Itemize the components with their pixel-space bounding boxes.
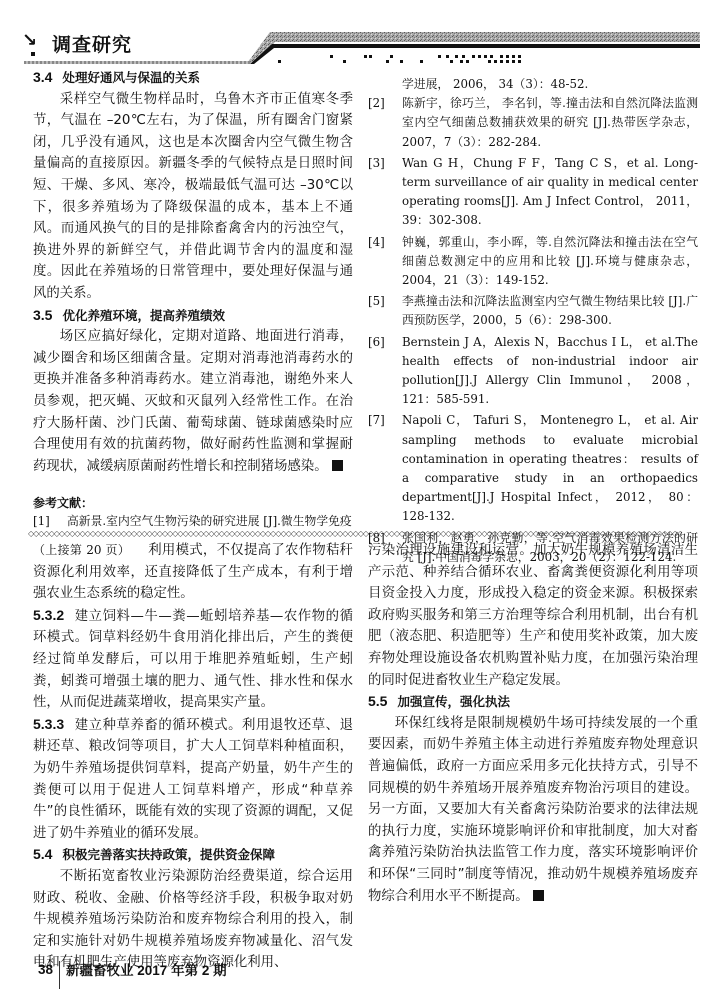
top-left-column: 3.4处理好通风与保温的关系 采样空气微生物样品时，乌鲁木齐市正值寒冬季节，气温…	[33, 67, 353, 477]
continued-paragraph: 污染治理设施建设和运营。加大奶牛规模养殖场清洁生产示范、种养结合循环农业、畜禽粪…	[368, 540, 698, 691]
reference-number: [5]	[368, 292, 402, 330]
reference-number: [7]	[368, 411, 402, 526]
paragraph-text: 建立饲料—牛—粪—蚯蚓培养基—农作物的循环模式。饲草料经奶牛食用消化排出后，产生…	[33, 609, 353, 710]
reference-text: 陈新宇，徐巧兰， 李名钊，等.撞击法和自然沉降法监测室内空气细菌总数捕获效果的研…	[402, 94, 698, 152]
references-list-right: 学进展， 2006， 34（3）：48-52. [2] 陈新宇，徐巧兰， 李名钊…	[368, 75, 698, 569]
reference-item: [6] Bernstein J A，Alexis N，Bacchus I L， …	[368, 333, 698, 410]
paragraph-text: 环保红线将是限制规模奶牛场可持续发展的一个重要因素，而奶牛养殖主体主动进行养殖废…	[368, 716, 698, 904]
continued-from-tag: （上接第 20 页）	[33, 543, 130, 557]
references-heading: 参考文献：	[33, 494, 93, 511]
page-number: 38	[38, 962, 53, 977]
bottom-left-column: （上接第 20 页） 利用模式，不仅提高了农作物秸秆资源化利用效率，还直接降低了…	[33, 540, 353, 974]
section-heading-5-5: 5.5加强宣传，强化执法	[368, 691, 698, 713]
references-list-left: [1] 高新景.室内空气生物污染的研究进展 [J].微生物学免疫	[33, 512, 353, 533]
section-heading-3-4: 3.4处理好通风与保温的关系	[33, 67, 353, 89]
reference-continuation: 学进展， 2006， 34（3）：48-52.	[368, 75, 698, 94]
page-footer: 38 新疆畜牧业 2017 年第 2 期	[38, 955, 227, 983]
section-title: 优化养殖环境，提高养殖绩效	[62, 308, 225, 323]
reference-text: Wan G H，Chung F F，Tang C S，et al. Long-t…	[402, 154, 698, 231]
reference-item: [3] Wan G H，Chung F F，Tang C S，et al. Lo…	[368, 154, 698, 231]
bottom-right-column: 污染治理设施建设和运营。加大奶牛规模养殖场清洁生产示范、种养结合循环农业、畜禽粪…	[368, 540, 698, 907]
reference-item: [4] 钟巍，郭重山，李小晖，等.自然沉降法和撞击法在空气细菌总数测定中的应用和…	[368, 233, 698, 291]
section-title: 处理好通风与保温的关系	[62, 70, 200, 85]
section-heading-5-4: 5.4积极完善落实扶持政策，提供资金保障	[33, 844, 353, 866]
arrow-icon: ↘	[22, 32, 37, 50]
reference-text: Napoli C， Tafuri S， Montenegro L， et al.…	[402, 411, 698, 526]
section-label: 调查研究	[52, 30, 132, 57]
paragraph-text: 场区应搞好绿化，定期对道路、地面进行消毒，减少圈舍和场区细菌含量。定期对消毒池消…	[33, 329, 353, 474]
reference-text: 高新景.室内空气生物污染的研究进展 [J].微生物学免疫	[67, 512, 353, 531]
reference-number: [6]	[368, 333, 402, 410]
section-number: 3.4	[33, 69, 52, 85]
paragraph-5-3-3: 5.3.3建立种草养畜的循环模式。利用退牧还草、退耕还草、粮改饲等项目，扩大人工…	[33, 714, 353, 845]
section-title: 积极完善落实扶持政策，提供资金保障	[62, 847, 275, 862]
footer-divider	[59, 961, 60, 989]
paragraph-5-5: 环保红线将是限制规模奶牛场可持续发展的一个重要因素，而奶牛养殖主体主动进行养殖废…	[368, 713, 698, 907]
page-header: ↘ 调查研究	[0, 0, 716, 70]
reference-item: [2] 陈新宇，徐巧兰， 李名钊，等.撞击法和自然沉降法监测室内空气细菌总数捕获…	[368, 94, 698, 152]
reference-number: [1]	[33, 512, 67, 531]
section-heading-3-5: 3.5优化养殖环境，提高养殖绩效	[33, 305, 353, 327]
section-number: 5.3.2	[33, 607, 64, 623]
reference-item: [1] 高新景.室内空气生物污染的研究进展 [J].微生物学免疫	[33, 512, 353, 531]
continued-paragraph: （上接第 20 页） 利用模式，不仅提高了农作物秸秆资源化利用效率，还直接降低了…	[33, 540, 353, 605]
reference-number: [2]	[368, 94, 402, 152]
reference-text: Bernstein J A，Alexis N，Bacchus I L， et a…	[402, 333, 698, 410]
section-number: 5.4	[33, 846, 52, 862]
journal-issue: 新疆畜牧业 2017 年第 2 期	[66, 959, 227, 979]
paragraph-text: 建立种草养畜的循环模式。利用退牧还草、退耕还草、粮改饲等项目，扩大人工饲草料种植…	[33, 718, 353, 841]
reference-item: [7] Napoli C， Tafuri S， Montenegro L， et…	[368, 411, 698, 526]
section-number: 5.3.3	[33, 716, 64, 732]
header-bullet	[31, 52, 35, 56]
article-separator: ◇◇◇◇◇◇◇◇◇◇◇◇◇◇◇◇◇◇◇◇◇◇◇◇◇◇◇◇◇◇◇◇◇◇◇◇◇◇◇◇…	[28, 531, 682, 537]
reference-text: 李燕撞击法和沉降法监测室内空气微生物结果比较 [J].广西预防医学，2000，5…	[402, 292, 698, 330]
section-number: 3.5	[33, 307, 52, 323]
paragraph-3-5: 场区应搞好绿化，定期对道路、地面进行消毒，减少圈舍和场区细菌含量。定期对消毒池消…	[33, 326, 353, 477]
end-mark-icon	[332, 460, 343, 471]
reference-number: [3]	[368, 154, 402, 231]
header-rule	[24, 61, 250, 64]
end-mark-icon	[533, 890, 544, 901]
reference-text: 钟巍，郭重山，李小晖，等.自然沉降法和撞击法在空气细菌总数测定中的应用和比较 […	[402, 233, 698, 291]
paragraph-3-4: 采样空气微生物样品时，乌鲁木齐市正值寒冬季节，气温在 –20℃左右，为了保温，所…	[33, 89, 353, 305]
section-number: 5.5	[368, 693, 387, 709]
section-title: 加强宣传，强化执法	[397, 694, 510, 709]
reference-item: [5] 李燕撞击法和沉降法监测室内空气微生物结果比较 [J].广西预防医学，20…	[368, 292, 698, 330]
paragraph-5-3-2: 5.3.2建立饲料—牛—粪—蚯蚓培养基—农作物的循环模式。饲草料经奶牛食用消化排…	[33, 605, 353, 714]
reference-number: [4]	[368, 233, 402, 291]
